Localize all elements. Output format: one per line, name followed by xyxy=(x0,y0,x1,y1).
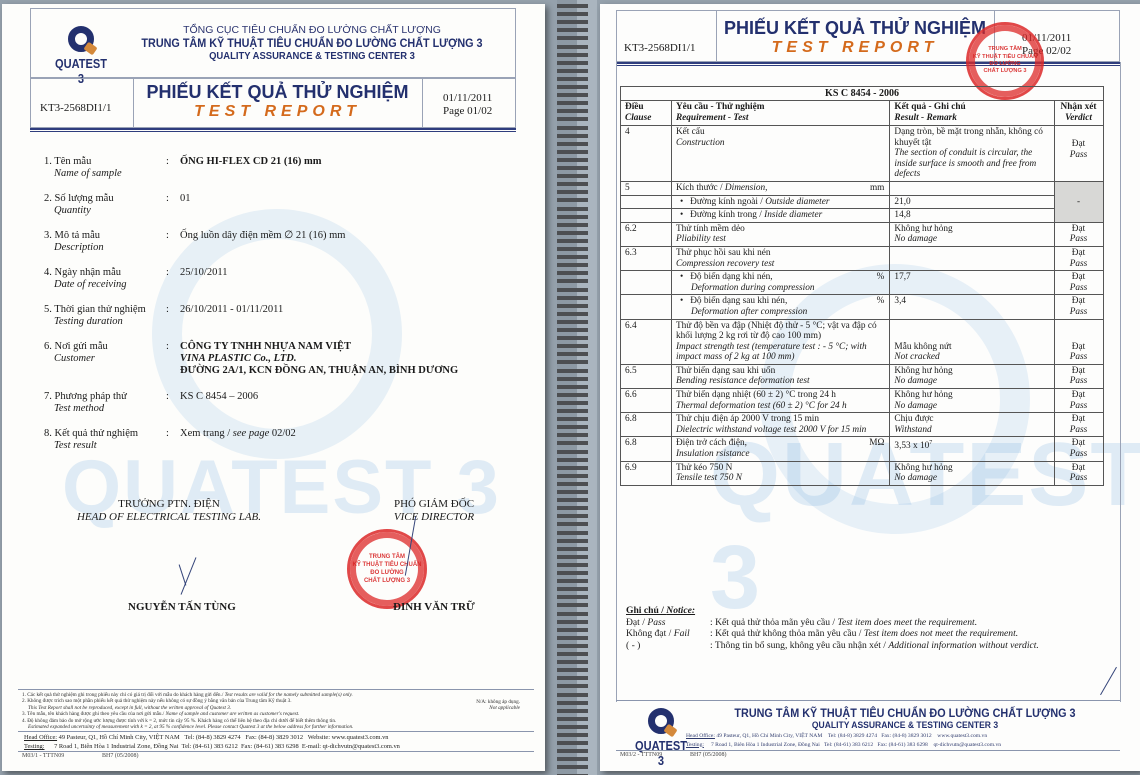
binder-ring xyxy=(557,215,588,219)
binder-ring xyxy=(557,522,588,526)
field-row: 7. Phương pháp thửTest method:KS C 8454 … xyxy=(44,391,514,415)
stamp-line: CHẤT LƯỢNG 3 xyxy=(350,577,424,585)
field-row: 4. Ngày nhận mẫuDate of receiving:25/10/… xyxy=(44,267,514,291)
binder-ring xyxy=(557,255,588,259)
table-row: 5Kích thước / Dimension,mm- xyxy=(621,181,1104,195)
clause-cell: 6.5 xyxy=(621,364,672,388)
requirement-cell: Thử biến dạng sau khi uốnBending resista… xyxy=(671,364,889,388)
lab-head-name: NGUYỄN TẤN TÙNG xyxy=(128,601,236,613)
footnote-vn: 3. Tên mẫu, tên khách hàng được ghi theo… xyxy=(22,711,166,717)
requirement-vn: Kết cấu xyxy=(676,127,884,138)
footnote-en: Estimated expanded uncertainty of measur… xyxy=(22,724,532,730)
testing-fax: Fax: (84-61) 383 6298 xyxy=(877,742,928,748)
table-row: • Đường kính ngoài / Outside diameter21,… xyxy=(621,195,1104,209)
email-link[interactable]: E-mail: qt-dichvutn@quatest3.com.vn xyxy=(302,743,400,750)
unit: % xyxy=(877,272,885,283)
binder-ring xyxy=(557,660,588,664)
report-title-en: TEST REPORT xyxy=(133,103,422,121)
unit: MΩ xyxy=(869,438,884,449)
verdict-cell: ĐạtPass xyxy=(1055,319,1104,364)
testing-fax: Fax: (84-61) 383 6298 xyxy=(241,743,299,750)
notice-key: Đạt / Pass xyxy=(626,617,710,629)
field-row: 8. Kết quả thử nghiệmTest result:Xem tra… xyxy=(44,428,514,452)
footer-rule xyxy=(616,700,1120,701)
verdict-cell: ĐạtPass xyxy=(1055,389,1104,413)
binder-ring xyxy=(557,36,588,40)
verdict-en: Pass xyxy=(1059,307,1098,318)
binder-ring xyxy=(557,126,588,130)
col-requirement: Yêu cầu - Thử nghiệmRequirement - Test xyxy=(671,101,889,126)
notice-item: ( - ): Thông tin bổ sung, không yêu cầu … xyxy=(626,640,1116,652)
binder-ring xyxy=(557,676,588,680)
na-note-en: Not applicable xyxy=(476,705,520,711)
bullet-icon: • xyxy=(680,210,690,220)
field-colon: : xyxy=(166,193,180,217)
footnote: 2. Không được trích sao một phần phiếu k… xyxy=(22,698,532,711)
requirement-cell: Thử tính mềm dẻoPliability test xyxy=(671,222,889,246)
binder-ring xyxy=(557,263,588,267)
vice-director-title-en: VICE DIRECTOR xyxy=(374,511,494,524)
requirement-cell: Thử kéo 750 NTensile test 750 N xyxy=(671,461,889,485)
binder-ring xyxy=(557,636,588,640)
customer-address: ĐƯỜNG 2A/1, KCN ĐỒNG AN, THUẬN AN, BÌNH … xyxy=(180,365,514,377)
notice-heading: Ghi chú / xyxy=(626,605,666,616)
notice-key-en: Fail xyxy=(674,628,690,639)
binder-ring xyxy=(557,450,588,454)
binder-ring xyxy=(557,603,588,607)
binder-ring xyxy=(557,441,588,445)
field-label: 1. Tên mẫuName of sample xyxy=(44,156,166,180)
binder-ring xyxy=(557,312,588,316)
field-value: Xem trang / see page 02/02 xyxy=(180,428,514,452)
requirement-en: Tensile test 750 N xyxy=(676,473,884,484)
requirement-vn: Độ biến dạng sau khi nén, xyxy=(676,296,787,307)
result-cell: Chịu đượcWithstand xyxy=(890,413,1055,437)
result-cell: Mẫu không nứtNot cracked xyxy=(890,319,1055,364)
requirement-cell: Độ biến dạng khi nén,%Deformation during… xyxy=(671,271,889,295)
result-cell: Không hư hỏngNo damage xyxy=(890,364,1055,388)
unit: mm xyxy=(870,183,884,194)
stamp-line: CHẤT LƯỢNG 3 xyxy=(969,68,1041,75)
binder-ring xyxy=(557,644,588,648)
binder-ring xyxy=(557,765,588,769)
clause-cell xyxy=(621,271,672,295)
requirement-line: • Đường kính trong / Inside diameter xyxy=(676,210,884,221)
footnotes: N/A: không áp dụng. Not applicable 1. Cá… xyxy=(22,692,532,730)
notice-item: Không đạt / Fail: Kết quả thử không thỏa… xyxy=(626,628,1116,640)
requirement-vn: Thử độ bền va đập (Nhiệt độ thử - 5 °C; … xyxy=(676,321,884,342)
form-code: M03/1 - TTTN09 xyxy=(22,753,64,759)
result-ref: Xem trang / xyxy=(180,428,233,439)
requirement-en: Dielectric withstand voltage test 2000 V… xyxy=(676,425,884,436)
binder-ring xyxy=(557,409,588,413)
field-label-en: Quantity xyxy=(44,205,166,217)
result-en: No damage xyxy=(894,234,1049,245)
requirement-en: Dimension, xyxy=(725,183,768,193)
result-cell: 17,7 xyxy=(890,271,1055,295)
footnote-vn: 4. Độ không đảm bảo đo mở rộng ước lượng… xyxy=(22,718,336,724)
binder-spine xyxy=(557,0,597,775)
requirement-vn: Kích thước / xyxy=(676,183,725,193)
address-block: Head Office: 49 Pasteur, Q1, Hồ Chí Minh… xyxy=(24,733,400,751)
official-seal-stamp: TRUNG TÂM KỸ THUẬT TIÊU CHUẨN ĐO LƯỜNG C… xyxy=(347,529,427,609)
logo-ring-icon xyxy=(648,708,674,734)
agency-parent: TỔNG CỤC TIÊU CHUẨN ĐO LƯỜNG CHẤT LƯỢNG xyxy=(122,24,502,36)
stamp-line: TRUNG TÂM xyxy=(969,46,1041,53)
field-row: 2. Số lượng mẫuQuantity:01 xyxy=(44,193,514,217)
verdict-en: Pass xyxy=(1059,150,1098,161)
binder-ring xyxy=(557,717,588,721)
notice-item: Đạt / Pass: Kết quả thử thỏa mãn yêu cầu… xyxy=(626,617,1116,629)
report-date: 01/11/2011 xyxy=(443,92,492,105)
field-label-vn: 7. Phương pháp thử xyxy=(44,391,127,402)
binder-ring xyxy=(557,77,588,81)
verdict-vn: Đạt xyxy=(1059,224,1098,235)
result-vn: Dạng tròn, bề mặt trong nhẵn, không có k… xyxy=(894,127,1049,148)
result-cell: Dạng tròn, bề mặt trong nhẵn, không có k… xyxy=(890,126,1055,182)
binder-ring xyxy=(557,595,588,599)
lab-head-signature-loop xyxy=(179,564,187,585)
binder-ring xyxy=(557,352,588,356)
result-vn: Không hư hỏng xyxy=(894,224,1049,235)
table-row: 6.8Thử chịu điện áp 2000 V trong 15 minD… xyxy=(621,413,1104,437)
result-en: No damage xyxy=(894,401,1049,412)
report-code: KT3-2568DI1/1 xyxy=(40,102,112,114)
binder-ring xyxy=(557,571,588,575)
table-row: 4Kết cấuConstructionDạng tròn, bề mặt tr… xyxy=(621,126,1104,182)
vice-director-name: ĐINH VĂN TRỮ xyxy=(393,601,475,613)
requirement-en: Thermal deformation test (60 ± 2) °C for… xyxy=(676,401,884,412)
col-clause: ĐiềuClause xyxy=(621,101,672,126)
binder-ring xyxy=(557,288,588,292)
divider xyxy=(422,78,423,128)
report-date-page: 01/11/2011 Page 01/02 xyxy=(443,92,492,118)
requirement-line: Độ biến dạng khi nén,% xyxy=(676,272,884,283)
result-cell: 21,0 xyxy=(890,195,1055,209)
clause-cell: 4 xyxy=(621,126,672,182)
binder-ring xyxy=(557,693,588,697)
table-row: 6.2Thử tính mềm dẻoPliability testKhông … xyxy=(621,222,1104,246)
result-cell: Không hư hỏngNo damage xyxy=(890,461,1055,485)
requirement-vn: Đường kính ngoài / xyxy=(690,197,765,207)
verdict-en: Pass xyxy=(1059,259,1098,270)
testing-label: Testing: xyxy=(686,742,704,748)
requirement-cell: Thử chịu điện áp 2000 V trong 15 minDiel… xyxy=(671,413,889,437)
binder-ring xyxy=(557,336,588,340)
clause-cell: 5 xyxy=(621,181,672,195)
verdict-cell: ĐạtPass xyxy=(1055,246,1104,270)
notice-text-en: Additional information without verdict. xyxy=(888,640,1038,651)
field-label: 5. Thời gian thử nghiệmTesting duration xyxy=(44,304,166,328)
quatest3-logo: QUATEST 3 xyxy=(48,26,114,86)
field-label: 8. Kết quả thử nghiệmTest result xyxy=(44,428,166,452)
result-exponent: 7 xyxy=(929,440,932,446)
result-en: Withstand xyxy=(894,425,1049,436)
field-value: ỐNG HI-FLEX CD 21 (16) mm xyxy=(180,156,514,180)
result-ref-en: see page xyxy=(233,428,269,439)
address-bottom-rule xyxy=(18,751,534,752)
website-link[interactable]: Website: www.quatest3.com.vn xyxy=(308,734,389,741)
stamp-line: ĐO LƯỜNG xyxy=(350,569,424,577)
stamp-line: KỸ THUẬT TIÊU CHUẨN xyxy=(969,54,1041,61)
verdict-vn: Đạt xyxy=(1059,438,1098,449)
binder-ring xyxy=(557,555,588,559)
binder-ring xyxy=(557,709,588,713)
binder-ring xyxy=(557,28,588,32)
field-label-vn: 4. Ngày nhận mẫu xyxy=(44,267,121,278)
field-row: 1. Tên mẫuName of sample:ỐNG HI-FLEX CD … xyxy=(44,156,514,180)
lab-head-title-vn: TRƯỞNG PTN. ĐIỆN xyxy=(74,498,264,511)
binder-ring xyxy=(557,344,588,348)
page-number: Page 01/02 xyxy=(443,105,492,118)
requirement-cell: Kết cấuConstruction xyxy=(671,126,889,182)
field-colon: : xyxy=(166,267,180,291)
customer-name-en: VINA PLASTIC Co., LTD. xyxy=(180,353,514,365)
field-value: CÔNG TY TNHH NHỰA NAM VIỆTVINA PLASTIC C… xyxy=(180,341,514,377)
requirement-en: Construction xyxy=(676,138,884,149)
result-cell: 14,8 xyxy=(890,209,1055,223)
testing-address: 7 Road 1, Biên Hòa 1 Industrial Zone, Đồ… xyxy=(54,743,178,750)
binder-ring xyxy=(557,628,588,632)
requirement-text: Điện trở cách điện, xyxy=(676,438,747,449)
notice-text: : Kết quả thử không thỏa mãn yêu cầu / T… xyxy=(710,628,1018,640)
lab-head-title-en: HEAD OF ELECTRICAL TESTING LAB. xyxy=(74,511,264,524)
binder-ring xyxy=(557,377,588,381)
footer-address-block: Head Office: 49 Pasteur, Q1, Hồ Chí Minh… xyxy=(686,732,1001,749)
notice-key-en: Pass xyxy=(647,617,665,628)
field-row: 5. Thời gian thử nghiệmTesting duration:… xyxy=(44,304,514,328)
binder-ring xyxy=(557,579,588,583)
test-results-table: ĐiềuClause Yêu cầu - Thử nghiệmRequireme… xyxy=(620,100,1104,486)
binder-ring xyxy=(557,547,588,551)
binder-ring xyxy=(557,198,588,202)
binder-ring xyxy=(557,150,588,154)
result-vn: Chịu được xyxy=(894,414,1049,425)
head-office-label: Head Office: xyxy=(24,734,57,741)
binder-ring xyxy=(557,174,588,178)
requirement-en: Impact strength test (temperature test :… xyxy=(676,342,884,363)
head-office-address: 49 Pasteur, Q1, Hồ Chí Minh City, VIỆT N… xyxy=(716,733,822,739)
binder-ring xyxy=(557,733,588,737)
clause-cell: 6.6 xyxy=(621,389,672,413)
result-value: 3,53 x 10 xyxy=(894,442,929,452)
verdict-cell: ĐạtPass xyxy=(1055,222,1104,246)
footnote-en: Name of sample and customer are written … xyxy=(166,711,300,717)
requirement-line: Độ biến dạng sau khi nén,% xyxy=(676,296,884,307)
table-row: 6.3Thử phục hồi sau khi nénCompression r… xyxy=(621,246,1104,270)
col-verdict: Nhận xétVerdict xyxy=(1055,101,1104,126)
notice-text-vn: : Thông tin bổ sung, không yêu cầu nhận … xyxy=(710,640,888,651)
binder-ring xyxy=(557,4,588,8)
binder-ring xyxy=(557,109,588,113)
head-office-fax: Fax: (84-8) 3829 3012 xyxy=(245,734,303,741)
binder-ring xyxy=(557,587,588,591)
requirement-text: Kích thước / Dimension, xyxy=(676,183,768,194)
form-revision: BH7 (05/2008) xyxy=(690,752,727,758)
report-page-1: QUATEST 3 QUATEST 3 TỔNG CỤC TIÊU CHUẨN … xyxy=(2,4,545,771)
binder-ring xyxy=(557,401,588,405)
verdict-cell: ĐạtPass xyxy=(1055,461,1104,485)
verdict-vn: Đạt xyxy=(1059,272,1098,283)
col-result: Kết quả - Ghi chúResult - Remark xyxy=(890,101,1055,126)
field-label-en: Customer xyxy=(44,353,166,365)
binder-ring xyxy=(557,247,588,251)
binder-ring xyxy=(557,701,588,705)
field-colon: : xyxy=(166,391,180,415)
result-cell: 3,4 xyxy=(890,295,1055,319)
field-label-en: Testing duration xyxy=(44,316,166,328)
form-code: M03/2 - TTTN09 xyxy=(620,752,662,758)
binder-ring xyxy=(557,142,588,146)
table-row: Độ biến dạng khi nén,%Deformation during… xyxy=(621,271,1104,295)
requirement-line: Điện trở cách điện,MΩ xyxy=(676,438,884,449)
binder-ring xyxy=(557,490,588,494)
field-colon: : xyxy=(166,156,180,180)
result-cell: Không hư hỏngNo damage xyxy=(890,222,1055,246)
stamp-line: TRUNG TÂM xyxy=(350,553,424,561)
result-vn: Không hư hỏng xyxy=(894,463,1049,474)
requirement-en: Pliability test xyxy=(676,234,884,245)
requirement-cell: Thử biến dạng nhiệt (60 ± 2) °C trong 24… xyxy=(671,389,889,413)
field-value: 01 xyxy=(180,193,514,217)
result-cell xyxy=(890,181,1055,195)
address-rule xyxy=(18,731,534,732)
verdict-vn: Đạt xyxy=(1059,296,1098,307)
notice-key: Không đạt / Fail xyxy=(626,628,710,640)
binder-ring xyxy=(557,474,588,478)
requirement-en: Insulation rsistance xyxy=(676,449,884,460)
result-en: No damage xyxy=(894,473,1049,484)
email-link[interactable]: qt-dichvutn@quatest3.com.vn xyxy=(933,742,1001,748)
verdict-cell: ĐạtPass xyxy=(1055,126,1104,182)
binder-ring xyxy=(557,417,588,421)
field-label: 4. Ngày nhận mẫuDate of receiving xyxy=(44,267,166,291)
header-rule xyxy=(30,128,516,132)
clause-cell: 6.3 xyxy=(621,246,672,270)
requirement-vn: Độ biến dạng khi nén, xyxy=(676,272,773,283)
binder-ring xyxy=(557,182,588,186)
field-label-vn: 3. Mô tả mẫu xyxy=(44,230,100,241)
field-label-vn: 5. Thời gian thử nghiệm xyxy=(44,304,146,315)
verdict-en: Pass xyxy=(1059,352,1098,363)
report-title-en: TEST REPORT xyxy=(716,39,994,57)
table-row: 6.5Thử biến dạng sau khi uốnBending resi… xyxy=(621,364,1104,388)
binder-ring xyxy=(557,741,588,745)
requirement-en: Bending resistance deformation test xyxy=(676,376,884,387)
website-link[interactable]: www.quatest3.com.vn xyxy=(937,733,987,739)
field-label: 2. Số lượng mẫuQuantity xyxy=(44,193,166,217)
table-row: 6.6Thử biến dạng nhiệt (60 ± 2) °C trong… xyxy=(621,389,1104,413)
head-office-tel: Tel: (84-8) 3829 4274 xyxy=(184,734,240,741)
verdict-vn: Đạt xyxy=(1059,366,1098,377)
stamp-line: KỸ THUẬT TIÊU CHUẨN xyxy=(350,561,424,569)
field-colon: : xyxy=(166,428,180,452)
verdict-en: Pass xyxy=(1059,376,1098,387)
verdict-en: Pass xyxy=(1059,425,1098,436)
result-vn: Không hư hỏng xyxy=(894,390,1049,401)
verdict-cell: ĐạtPass xyxy=(1055,271,1104,295)
result-cell: 3,53 x 107 xyxy=(890,437,1055,461)
field-row: 3. Mô tả mẫuDescription:Ống luồn dây điệ… xyxy=(44,230,514,254)
binder-ring xyxy=(557,320,588,324)
quatest3-logo: QUATEST 3 xyxy=(628,708,694,768)
binder-ring xyxy=(557,668,588,672)
field-label-en: Date of receiving xyxy=(44,279,166,291)
result-ref-page: 02/02 xyxy=(269,428,296,439)
binder-ring xyxy=(557,53,588,57)
field-label: 7. Phương pháp thửTest method xyxy=(44,391,166,415)
binder-ring xyxy=(557,539,588,543)
binder-ring xyxy=(557,425,588,429)
field-colon: : xyxy=(166,230,180,254)
binder-ring xyxy=(557,393,588,397)
testing-label: Testing: xyxy=(24,743,45,750)
field-label: 6. Nơi gửi mẫuCustomer xyxy=(44,341,166,377)
binder-ring xyxy=(557,433,588,437)
page-border xyxy=(616,62,617,702)
binder-ring xyxy=(557,190,588,194)
field-label-en: Name of sample xyxy=(44,168,166,180)
requirement-vn: Thử chịu điện áp 2000 V trong 15 min xyxy=(676,414,884,425)
testing-tel: Tel: (84-61) 383 6212 xyxy=(182,743,238,750)
table-row: 6.4Thử độ bền va đập (Nhiệt độ thử - 5 °… xyxy=(621,319,1104,364)
head-office-address: 49 Pasteur, Q1, Hồ Chí Minh City, VIỆT N… xyxy=(59,734,180,741)
report-title: PHIẾU KẾT QUẢ THỬ NGHIỆM TEST REPORT xyxy=(716,18,994,57)
result-cell xyxy=(890,246,1055,270)
result-vn: 3,4 xyxy=(894,296,1049,307)
sample-info-fields: 1. Tên mẫuName of sample:ỐNG HI-FLEX CD … xyxy=(44,156,514,465)
binder-ring xyxy=(557,223,588,227)
binder-ring xyxy=(557,563,588,567)
requirement-vn: Thử kéo 750 N xyxy=(676,463,884,474)
binder-ring xyxy=(557,93,588,97)
field-value: 26/10/2011 - 01/11/2011 xyxy=(180,304,514,328)
requirement-cell: Thử độ bền va đập (Nhiệt độ thử - 5 °C; … xyxy=(671,319,889,364)
agency-name-en: QUALITY ASSURANCE & TESTING CENTER 3 xyxy=(141,50,483,62)
requirement-line: Kích thước / Dimension,mm xyxy=(676,183,884,194)
head-office-label: Head Office: xyxy=(686,733,715,739)
binder-ring xyxy=(557,166,588,170)
field-label-en: Description xyxy=(44,242,166,254)
head-office-fax: Fax: (84-8) 3829 3012 xyxy=(881,733,932,739)
verdict-vn: Đạt xyxy=(1059,414,1098,425)
head-office-tel: Tel: (84-8) 3829 4274 xyxy=(828,733,877,739)
verdict-vn: Đạt xyxy=(1059,463,1098,474)
binder-ring xyxy=(557,466,588,470)
testing-address: 7 Road 1, Biên Hòa 1 Industrial Zone, Đồ… xyxy=(711,742,820,748)
binder-ring xyxy=(557,296,588,300)
binder-ring xyxy=(557,360,588,364)
binder-ring xyxy=(557,757,588,761)
agency-name-vn: TRUNG TÂM KỸ THUẬT TIÊU CHUẨN ĐO LƯỜNG C… xyxy=(141,36,483,50)
binder-ring xyxy=(557,117,588,121)
clause-cell: 6.2 xyxy=(621,222,672,246)
footnote-vn: 2. Không được trích sao một phần phiếu k… xyxy=(22,698,292,704)
binder-ring xyxy=(557,20,588,24)
verdict-cell: ĐạtPass xyxy=(1055,364,1104,388)
requirement-vn: Đường kính trong / xyxy=(690,210,764,220)
clause-cell: 6.4 xyxy=(621,319,672,364)
testing-tel: Tel: (84-61) 383 6212 xyxy=(824,742,873,748)
requirement-vn: Thử phục hồi sau khi nén xyxy=(676,248,884,259)
requirement-en: Inside diameter xyxy=(764,210,822,220)
clause-cell: 6.8 xyxy=(621,437,672,461)
binder-ring xyxy=(557,279,588,283)
notice-block: Ghi chú / Notice: Đạt / Pass: Kết quả th… xyxy=(626,605,1116,651)
binder-ring xyxy=(557,134,588,138)
binder-ring xyxy=(557,239,588,243)
requirement-en: Compression recovery test xyxy=(676,259,884,270)
